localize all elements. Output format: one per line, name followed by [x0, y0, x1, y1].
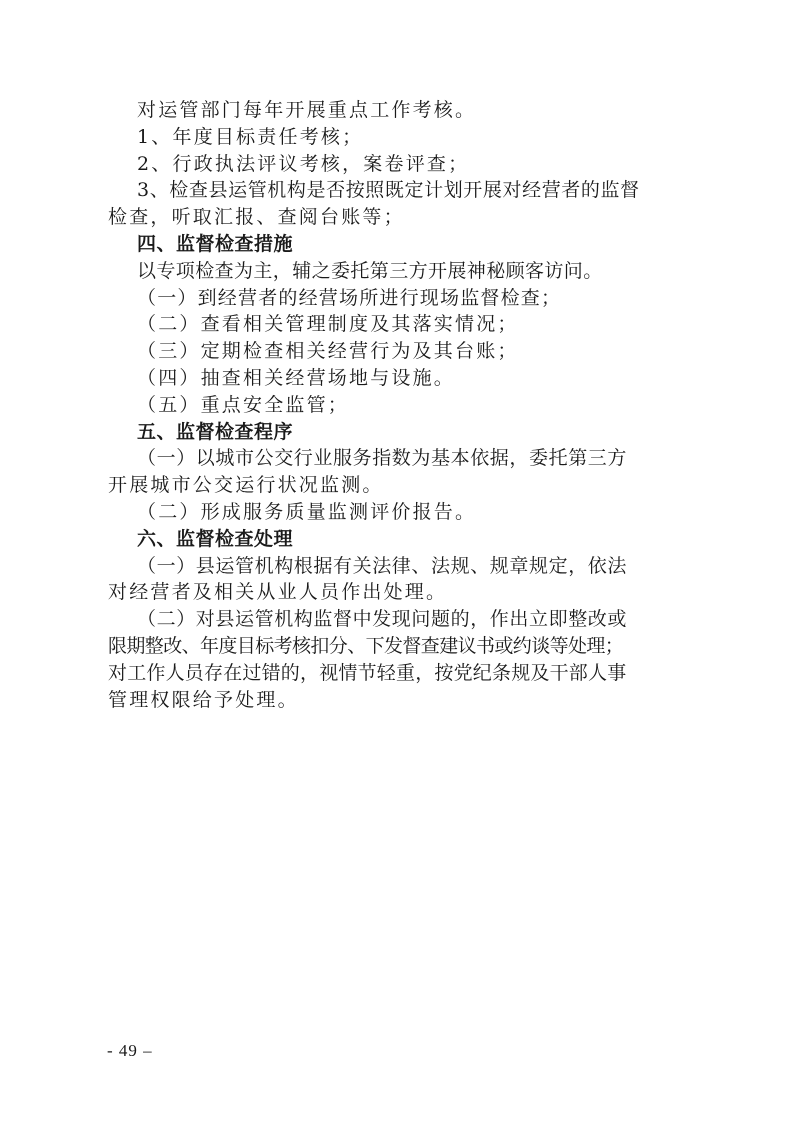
paragraph-line: 以专项检查为主，辅之委托第三方开展神秘顾客访问。	[108, 258, 670, 285]
list-item-continued: 限期整改、年度目标考核扣分、下发督查建议书或约谈等处理；	[108, 633, 670, 660]
list-item: （三）定期检查相关经营行为及其台账；	[108, 338, 670, 365]
list-item-2: 2、行政执法评议考核，案卷评查；	[108, 151, 670, 178]
list-item-3-continued: 检查，听取汇报、查阅台账等；	[108, 204, 670, 231]
section-heading-4: 四、监督检查措施	[108, 231, 670, 258]
list-item-3: 3、检查县运管机构是否按照既定计划开展对经营者的监督	[108, 177, 670, 204]
list-item: （二）对县运管机构监督中发现问题的，作出立即整改或	[108, 606, 670, 633]
list-item: （一）到经营者的经营场所进行现场监督检查；	[108, 285, 670, 312]
list-item: （二）查看相关管理制度及其落实情况；	[108, 311, 670, 338]
list-item-continued: 开展城市公交运行状况监测。	[108, 472, 670, 499]
paragraph-line: 对运管部门每年开展重点工作考核。	[108, 97, 670, 124]
section-heading-5: 五、监督检查程序	[108, 419, 670, 446]
list-item: （一）县运管机构根据有关法律、法规、规章规定，依法	[108, 553, 670, 580]
list-item-1: 1、年度目标责任考核；	[108, 124, 670, 151]
list-item-continued: 对工作人员存在过错的，视情节轻重，按党纪条规及干部人事	[108, 660, 670, 687]
section-heading-6: 六、监督检查处理	[108, 526, 670, 553]
list-item-continued: 对经营者及相关从业人员作出处理。	[108, 579, 670, 606]
list-item: （二）形成服务质量监测评价报告。	[108, 499, 670, 526]
list-item: （五）重点安全监管；	[108, 392, 670, 419]
document-body: 对运管部门每年开展重点工作考核。 1、年度目标责任考核； 2、行政执法评议考核，…	[108, 97, 670, 713]
list-item: （四）抽查相关经营场地与设施。	[108, 365, 670, 392]
list-item-continued: 管理权限给予处理。	[108, 687, 670, 714]
list-item: （一）以城市公交行业服务指数为基本依据，委托第三方	[108, 445, 670, 472]
page-number: - 49 –	[107, 1041, 153, 1061]
